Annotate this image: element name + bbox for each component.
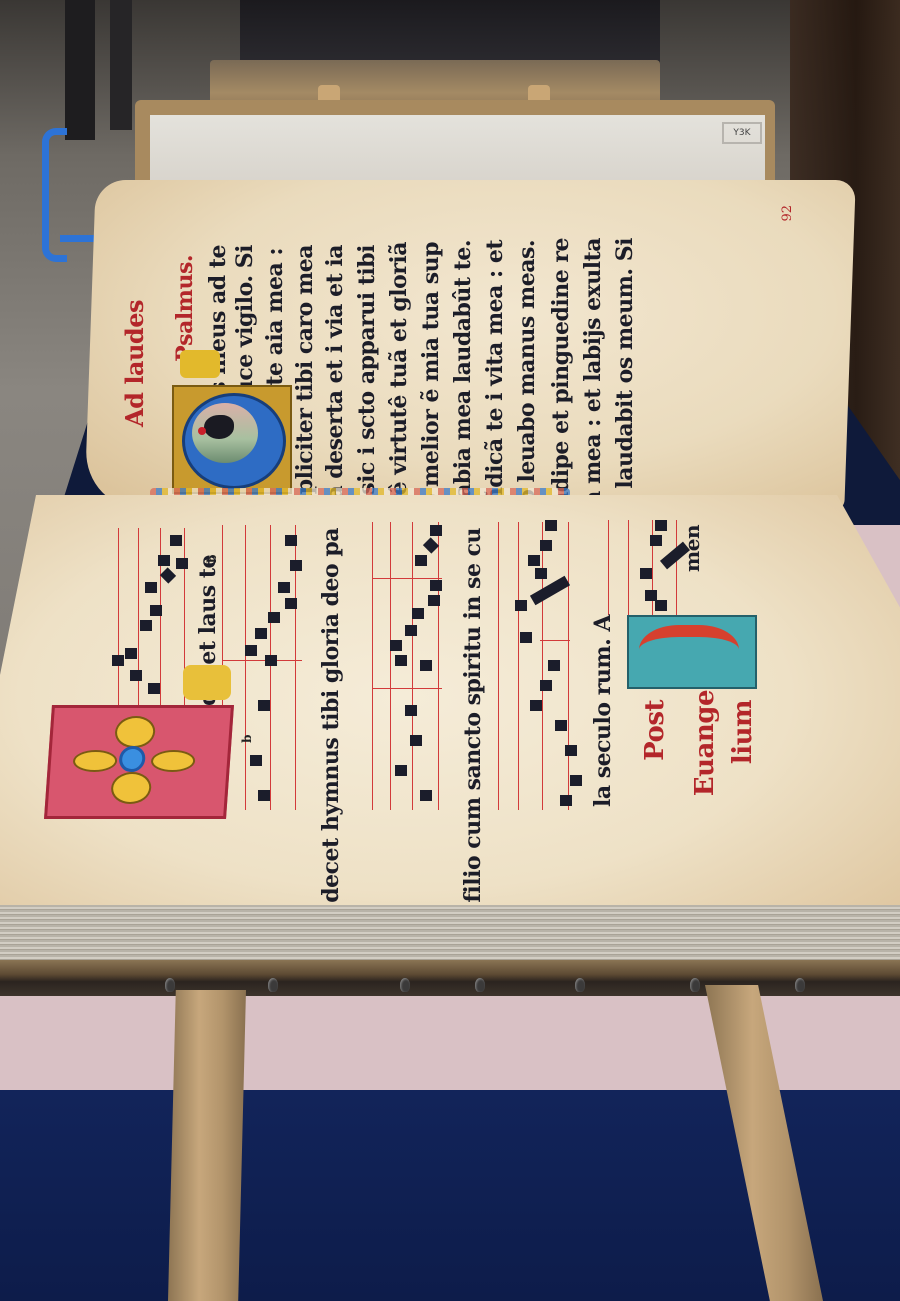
rubric-lium: lium	[728, 700, 758, 764]
rubric-euange: Euange	[690, 690, 720, 796]
chant-text-line: la seculo rum. A	[590, 615, 616, 807]
red-letter	[639, 625, 739, 687]
decorated-initial-foliate	[44, 705, 234, 819]
chant-text-line: tri et filio cum sancto spiritu in se cu	[460, 528, 486, 969]
gold-initial	[183, 665, 231, 700]
metal-stud	[268, 978, 278, 992]
rubric-post: Post	[640, 700, 670, 761]
metal-stud	[400, 978, 410, 992]
metal-stud	[475, 978, 485, 992]
clef-mark: b	[240, 735, 254, 743]
decorated-initial-teal	[627, 615, 757, 689]
metal-stud	[795, 978, 805, 992]
person-leg	[110, 0, 132, 130]
metal-stud	[575, 978, 585, 992]
rubric-heading-ad-laudes: Ad laudes	[120, 300, 149, 427]
metal-stud	[690, 978, 700, 992]
chant-text-line: men	[680, 525, 704, 572]
person-leg	[65, 0, 95, 140]
gold-leaf	[150, 750, 196, 772]
blue-rosette	[118, 746, 146, 772]
gold-leaf	[114, 716, 156, 748]
rooster-comb	[198, 427, 206, 435]
bottom-cover-edge	[0, 960, 900, 996]
rooster-icon	[204, 415, 234, 439]
folio-number: 92	[780, 205, 795, 222]
chant-text-line: decet hymnus tibi gloria deo pa	[318, 528, 344, 903]
flyleaf	[150, 115, 765, 185]
gold-leaf	[110, 772, 152, 804]
page-edges	[0, 905, 900, 965]
shelf-label: Y3K	[722, 122, 762, 144]
gold-leaf	[72, 750, 118, 772]
leather-strap-left	[168, 990, 246, 1301]
metal-stud	[165, 978, 175, 992]
rubric-heading-psalmus: Psalmus.	[172, 255, 198, 362]
historiated-initial-rooster	[172, 385, 292, 494]
gold-initial	[180, 350, 220, 378]
